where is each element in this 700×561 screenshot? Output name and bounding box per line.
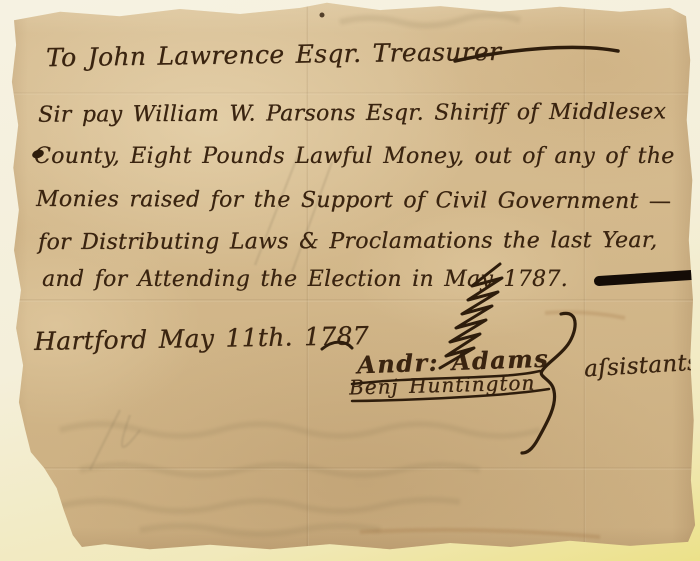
address-line: To John Lawrence Esqr. Treasurer <box>46 37 502 72</box>
manuscript-line: Monies raised for the Support of Civil G… <box>36 187 671 214</box>
manuscript-line: for Distributing Laws & Proclamations th… <box>38 228 657 255</box>
paper-sheet: To John Lawrence Esqr. Treasurer Sir pay… <box>0 0 700 561</box>
horizontal-fold-crease <box>0 92 700 95</box>
dateline: Hartford May 11th. 1787 <box>34 321 369 356</box>
signature-benjamin-huntington: Benj Huntington <box>349 371 536 400</box>
manuscript-line: County, Eight Pounds Lawful Money, out o… <box>34 144 675 169</box>
manuscript-line: Sir pay William W. Parsons Esqr. Shiriff… <box>38 99 666 127</box>
horizontal-fold-crease <box>0 467 700 470</box>
ink-speck <box>320 13 325 18</box>
ink-blot <box>10 437 18 445</box>
horizontal-fold-crease <box>0 299 700 302</box>
heavy-ink-dash <box>599 275 691 281</box>
manuscript-line: and for Attending the Election in May 17… <box>42 267 568 292</box>
scanned-document: To John Lawrence Esqr. Treasurer Sir pay… <box>0 0 700 561</box>
signature-role-label: aſsistants <box>583 350 699 383</box>
vertical-fold-crease <box>583 0 586 561</box>
